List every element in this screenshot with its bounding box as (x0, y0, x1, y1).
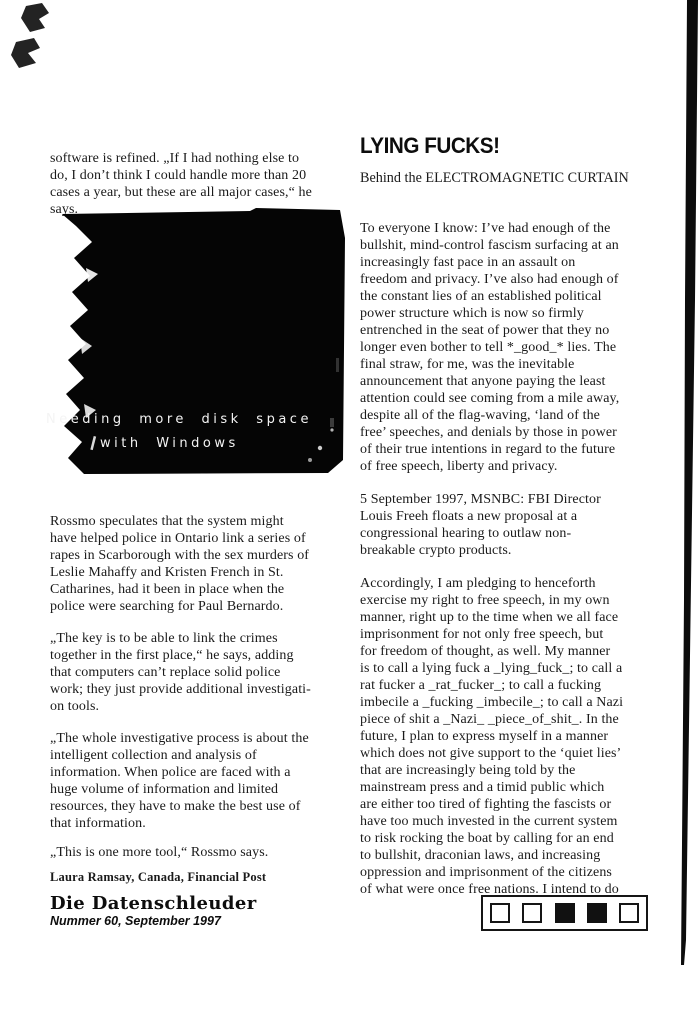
body-paragraph-4: „The whole investigative process is abou… (50, 730, 309, 832)
page-marker-outline (490, 903, 510, 923)
scan-edge-bar (680, 0, 700, 975)
article-byline: Laura Ramsay, Canada, Financial Post (50, 870, 266, 885)
page-marker-outline (619, 903, 639, 923)
body-paragraph-2: Rossmo speculates that the system might … (50, 513, 309, 615)
body-paragraph-3: „The key is to be able to link the crime… (50, 630, 311, 715)
scanned-magazine-page: software is refined. „If I had nothing e… (0, 0, 700, 1016)
article-photo: Needing more disk space with Windows (40, 208, 347, 476)
page-marker-box (481, 895, 648, 931)
scan-ink-marks (8, 2, 54, 77)
body-paragraph-6: To everyone I know: I’ve had enough of t… (360, 220, 619, 475)
page-marker-filled (555, 903, 575, 923)
body-paragraph-8: Accordingly, I am pledging to henceforth… (360, 575, 623, 898)
article-subheadline: Behind the ELECTROMAGNETIC CURTAIN (360, 170, 629, 187)
publication-logo: Die Datenschleuder (50, 893, 257, 914)
body-paragraph-7: 5 September 1997, MSNBC: FBI Director Lo… (360, 491, 601, 559)
page-marker-filled (587, 903, 607, 923)
page-marker-outline (522, 903, 542, 923)
issue-line: Nummer 60, September 1997 (50, 914, 221, 928)
article-headline: LYING FUCKS! (360, 133, 500, 159)
photo-caption-line1: Needing more disk space (46, 412, 312, 427)
photo-caption-line2: with Windows (100, 436, 239, 451)
body-paragraph-5: „This is one more tool,“ Rossmo says. (50, 844, 268, 861)
